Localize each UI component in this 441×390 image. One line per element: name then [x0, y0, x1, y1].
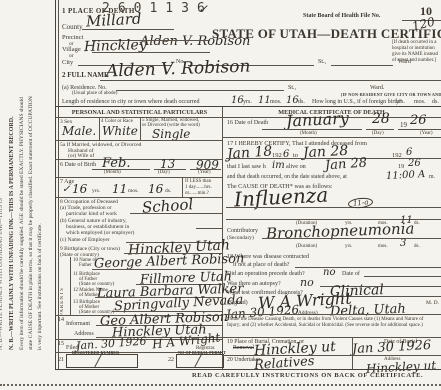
cause-line-1 [226, 207, 441, 208]
last-saw-date: Jan 28 [325, 156, 368, 174]
date-of-death-day: 28 [372, 111, 390, 127]
margin-nb-note: N. B.—WRITE PLAINLY WITH UNFADING INK—TH… [9, 100, 15, 350]
occupation-a-line [130, 213, 222, 214]
contributory-line [262, 238, 441, 239]
footer-instructions: READ CAREFULLY INSTRUCTIONS ON BACK OF C… [192, 372, 423, 379]
dod-month-sub: (Month) [300, 131, 317, 136]
dod-day-sub: (Day) [372, 131, 384, 136]
medical-line-1 [222, 137, 441, 138]
age-less-divider [182, 177, 183, 197]
contributory-label-2: (Secondary) [227, 235, 254, 241]
autopsy-answer: no [300, 276, 314, 289]
st-line [331, 65, 393, 66]
dod-month-line [262, 129, 362, 130]
contributory-label-1: Contributory [227, 228, 258, 234]
operation-answer: no [323, 267, 335, 278]
length-ds-value: 16 [286, 95, 299, 106]
age-ds-value: 16 [148, 182, 163, 196]
hospital-note: [If death occurred in a hospital or inst… [392, 40, 440, 64]
length-yrs-unit: yrs. [243, 99, 252, 105]
dob-year-sub: (Year) [198, 170, 211, 175]
death-time-m: m. [429, 174, 435, 180]
length-residence-label: Length of residence in city or town wher… [62, 99, 199, 105]
margin-note-line3: state CAUSE OF DEATH in plain terms, so … [28, 8, 34, 350]
date-of-death-year: 26 [410, 113, 427, 128]
age-yrs-unit: yrs. [92, 188, 100, 194]
informant-number: 14 [58, 317, 64, 323]
margin-note-line2: Every item of information should be care… [19, 8, 25, 350]
length-yrs-value: 16 [231, 95, 244, 106]
burial-divider-2 [352, 355, 353, 369]
dob-label: 6 Date of Birth [60, 162, 96, 168]
medical-line-2 [222, 337, 441, 338]
village-label: Village [62, 46, 81, 53]
contributory-value: Bronchopneumonia [266, 219, 415, 242]
date-of-death-year-printed: 19 [400, 121, 407, 129]
box22-number: 22 [168, 357, 174, 363]
sex-value: Male. [62, 124, 96, 138]
age-checkmark: ✓ [62, 184, 70, 195]
cause-footnote: *State the Disease Causing Death, or in … [227, 317, 437, 329]
dod-year-line [398, 129, 441, 130]
residence-st-label: St., [288, 85, 296, 91]
us-length-label: How long in U.S., if of foreign birth? [312, 99, 402, 105]
duration2-ds: ds. [414, 244, 420, 249]
informant-label: Informant [66, 321, 90, 327]
operation-line [364, 276, 441, 277]
autopsy-question: Was there an autopsy? [227, 281, 281, 287]
occupation-b-line [196, 228, 222, 229]
county-label: County [62, 23, 83, 31]
informant-address-label: Address [74, 331, 94, 337]
attended-from-date: Jan 18 [226, 143, 272, 162]
row-line-4 [55, 197, 222, 198]
county-value: Millard [86, 10, 142, 31]
q18-line [295, 267, 441, 268]
employer-label: (c) Name of Employer [60, 237, 110, 243]
duration2-mos: mos. [378, 244, 388, 249]
age-yrs-value: 16 [72, 182, 87, 196]
filed-number: 15 [58, 341, 64, 347]
dob-month-line [92, 169, 150, 170]
dob-month-sub: (Month) [104, 170, 121, 175]
duration2-label: (Duration) [296, 244, 317, 249]
last-saw-him: im [272, 160, 285, 171]
less-than-label-2: 1 day.......hrs. [185, 185, 212, 190]
full-name-line [100, 80, 441, 81]
signature-line [226, 314, 441, 315]
less-than-label-1: If LESS than [185, 179, 211, 184]
attended-to-year: 6 [406, 147, 412, 158]
burial-place-label-2: Removal [233, 345, 254, 351]
operation-question: Did an operation precede death? [227, 271, 305, 277]
marital-value: Single [152, 127, 190, 141]
sex-race-divider [99, 117, 100, 140]
us-ds-unit: ds. [432, 99, 439, 105]
dob-day-sub: (Day) [158, 170, 170, 175]
section-top-rule [55, 106, 441, 107]
death-occurred-label: and that death occurred, on the date sta… [227, 174, 347, 180]
row-line-1 [55, 140, 222, 141]
father-label-2: Father [79, 263, 92, 268]
occupation-a-label-2: particular kind of work [66, 211, 117, 217]
margin-edge-note: N. B.—WRITE PLAINLY WITH UNFADING INK—TH… [0, 60, 4, 350]
last-saw-label-1: that I last saw h [227, 163, 266, 170]
length-mos-unit: mos. [270, 99, 282, 105]
county-line [82, 29, 174, 30]
medical-line-3 [222, 355, 441, 356]
margin-note-line4: is very important. See instructions on b… [37, 108, 43, 350]
race-marital-divider [140, 117, 141, 140]
name-annotation: Alden V. Robison [140, 34, 250, 49]
village-line [92, 52, 210, 53]
signature-address-label: (Address) [296, 310, 318, 316]
full-name-value: Alden V. Robison [106, 56, 251, 81]
duration2-yrs: yrs. [345, 244, 352, 249]
age-ds-unit: ds. [165, 188, 171, 194]
checkmark: ✓ [198, 2, 208, 16]
nonresident-note: [IF NON-RESIDENT GIVE CITY OR TOWN AND S… [341, 92, 441, 97]
bottom-rule [55, 369, 441, 370]
age-mos-value: 11 [112, 182, 127, 196]
st-label: St., [318, 59, 326, 65]
duration1-ds: ds. [414, 221, 420, 226]
file-no-label: State Board of Health File No. [303, 13, 380, 19]
race-value: White [102, 124, 138, 138]
us-yrs-unit: yrs. [396, 99, 405, 105]
perforation-line [0, 384, 441, 386]
us-mos-unit: mos. [414, 99, 426, 105]
section-header-personal: PERSONAL AND STATISTICAL PARTICULARS [57, 109, 222, 116]
length-mos-value: 11 [258, 95, 271, 106]
duration2-value: 3 [400, 238, 406, 249]
age-mos-unit: mos. [128, 188, 139, 194]
last-saw-year: 26 [408, 158, 421, 169]
residence-ward-label: Ward. [370, 85, 384, 91]
operation-date-label: Date of [342, 271, 360, 277]
box21-number: 21 [58, 357, 64, 363]
length-ds-unit: ds. [298, 99, 305, 105]
dod-year-sub: (Year) [420, 131, 433, 136]
city-label: City [62, 59, 73, 66]
dod-day-line [366, 129, 394, 130]
parents-label: PARENTS [60, 262, 65, 316]
date-of-death-month: January [286, 108, 350, 130]
death-time-value: 11:00 A [386, 169, 426, 182]
undertaker-value: Relatives [254, 354, 315, 373]
last-saw-label-2: alive on [286, 163, 306, 170]
precinct-label: Precinct [62, 34, 83, 41]
death-certificate-scan: N. B.—WRITE PLAINLY WITH UNFADING INK—TH… [0, 0, 441, 390]
q18-label-1: 18 Where was disease contracted [227, 253, 309, 260]
row-line-3 [55, 177, 222, 178]
parents-bracket [70, 257, 71, 315]
signed-label: (Signed) [227, 300, 248, 306]
q18-label-2: if not at place of death? [233, 262, 289, 268]
residence-line [116, 90, 284, 91]
registered-number-box [66, 354, 138, 368]
occupation-b-label-3: which employed (or employer) [66, 230, 134, 236]
date-of-death-label: 16 Date of Death [227, 120, 268, 126]
residence-sublabel: (Usual place of abode) [72, 91, 117, 96]
full-name-label: 2 FULL NAME [62, 71, 109, 79]
last-saw-year-printed: 19 [398, 163, 404, 170]
md-label: M. D. [426, 300, 439, 306]
